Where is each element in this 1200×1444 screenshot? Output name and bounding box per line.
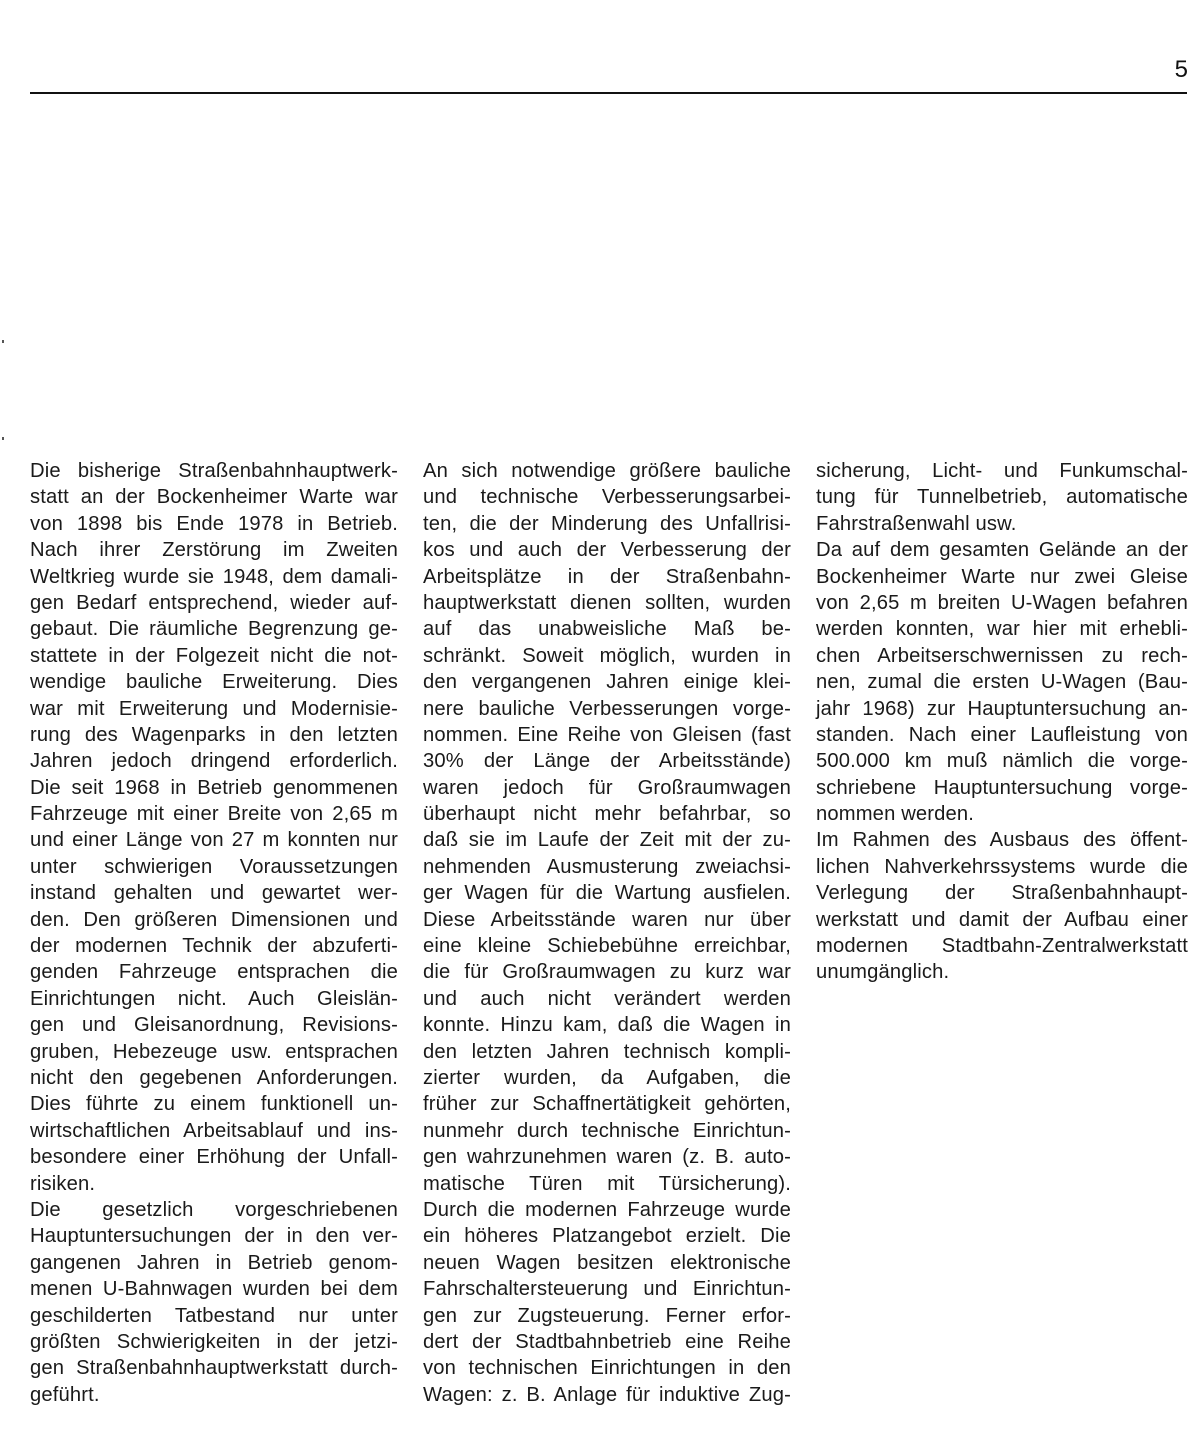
text-column-3: sicherung, Licht- und Funkumschal-tung f… <box>816 458 1188 986</box>
text-line: gen Bedarf entsprechend, wieder auf- <box>30 590 398 616</box>
scan-mark <box>2 437 4 440</box>
text-line: größten Schwierigkeiten in der jetzi- <box>30 1329 398 1355</box>
text-line: Fahrstraßenwahl usw. <box>816 511 1188 537</box>
text-line: sicherung, Licht- und Funkumschal- <box>816 458 1188 484</box>
text-line: chen Arbeitserschwernissen zu rech- <box>816 643 1188 669</box>
text-line: hauptwerkstatt dienen sollten, wurden <box>423 590 791 616</box>
text-line: ten, die der Minderung des Unfallrisi- <box>423 511 791 537</box>
text-line: Im Rahmen des Ausbaus des öffent- <box>816 827 1188 853</box>
text-line: den. Den größeren Dimensionen und <box>30 907 398 933</box>
text-line: jahr 1968) zur Hauptuntersuchung an- <box>816 696 1188 722</box>
text-line: geschilderten Tatbestand nur unter <box>30 1303 398 1329</box>
text-line: nehmenden Ausmusterung zweiachsi- <box>423 854 791 880</box>
text-line: die für Großraumwagen zu kurz war <box>423 959 791 985</box>
text-line: gen wahrzunehmen waren (z. B. auto- <box>423 1144 791 1170</box>
text-line: gen zur Zugsteuerung. Ferner erfor- <box>423 1303 791 1329</box>
text-line: Wagen: z. B. Anlage für induktive Zug- <box>423 1382 791 1408</box>
text-line: Einrichtungen nicht. Auch Gleislän- <box>30 986 398 1012</box>
text-line: tung für Tunnelbetrieb, automatische <box>816 484 1188 510</box>
text-line: menen U-Bahnwagen wurden bei dem <box>30 1276 398 1302</box>
text-line: auf das unabweisliche Maß be- <box>423 616 791 642</box>
text-line: lichen Nahverkehrssystems wurde die <box>816 854 1188 880</box>
text-line: gangenen Jahren in Betrieb genom- <box>30 1250 398 1276</box>
text-line: 500.000 km muß nämlich die vorge- <box>816 748 1188 774</box>
text-line: schränkt. Soweit möglich, wurden in <box>423 643 791 669</box>
text-line: gruben, Hebezeuge usw. entsprachen <box>30 1039 398 1065</box>
text-line: der modernen Technik der abzuferti- <box>30 933 398 959</box>
text-line: Nach ihrer Zerstörung im Zweiten <box>30 537 398 563</box>
text-column-1: Die bisherige Straßenbahnhauptwerk-statt… <box>30 458 398 1408</box>
text-line: den vergangenen Jahren einige klei- <box>423 669 791 695</box>
text-line: und technische Verbesserungsarbei- <box>423 484 791 510</box>
scan-mark <box>2 340 4 343</box>
text-line: Hauptuntersuchungen der in den ver- <box>30 1223 398 1249</box>
text-line: werden konnten, war hier mit erhebli- <box>816 616 1188 642</box>
header-rule <box>30 92 1187 94</box>
text-column-2: An sich notwendige größere baulicheund t… <box>423 458 791 1408</box>
text-line: gen und Gleisanordnung, Revisions- <box>30 1012 398 1038</box>
text-line: gebaut. Die räumliche Begrenzung ge- <box>30 616 398 642</box>
text-line: rung des Wagenparks in den letzten <box>30 722 398 748</box>
page-number: 5 <box>1128 56 1188 84</box>
text-line: geführt. <box>30 1382 398 1408</box>
text-line: schriebene Hauptuntersuchung vorge- <box>816 775 1188 801</box>
text-line: früher zur Schaffnertätigkeit gehörten, <box>423 1091 791 1117</box>
text-line: risiken. <box>30 1171 398 1197</box>
text-line: stattete in der Folgezeit nicht die not- <box>30 643 398 669</box>
text-line: überhaupt nicht mehr befahrbar, so <box>423 801 791 827</box>
text-line: besondere einer Erhöhung der Unfall- <box>30 1144 398 1170</box>
text-line: Jahren jedoch dringend erforderlich. <box>30 748 398 774</box>
text-line: von 1898 bis Ende 1978 in Betrieb. <box>30 511 398 537</box>
text-line: waren jedoch für Großraumwagen <box>423 775 791 801</box>
text-line: Die seit 1968 in Betrieb genommenen <box>30 775 398 801</box>
text-line: wirtschaftlichen Arbeitsablauf und ins- <box>30 1118 398 1144</box>
text-line: wendige bauliche Erweiterung. Dies <box>30 669 398 695</box>
text-line: Fahrschaltersteuerung und Einrichtun- <box>423 1276 791 1302</box>
text-line: und einer Länge von 27 m konnten nur <box>30 827 398 853</box>
text-line: und auch nicht verändert werden <box>423 986 791 1012</box>
text-line: nunmehr durch technische Einrichtun- <box>423 1118 791 1144</box>
text-line: dert der Stadtbahnbetrieb eine Reihe <box>423 1329 791 1355</box>
text-line: nen, zumal die ersten U-Wagen (Bau- <box>816 669 1188 695</box>
text-line: nommen werden. <box>816 801 1188 827</box>
text-line: modernen Stadtbahn-Zentralwerkstatt <box>816 933 1188 959</box>
text-line: Da auf dem gesamten Gelände an der <box>816 537 1188 563</box>
text-line: Verlegung der Straßenbahnhaupt- <box>816 880 1188 906</box>
text-line: statt an der Bockenheimer Warte war <box>30 484 398 510</box>
text-line: Durch die modernen Fahrzeuge wurde <box>423 1197 791 1223</box>
text-line: nere bauliche Verbesserungen vorge- <box>423 696 791 722</box>
text-line: Bockenheimer Warte nur zwei Gleise <box>816 564 1188 590</box>
text-line: neuen Wagen besitzen elektronische <box>423 1250 791 1276</box>
text-line: genden Fahrzeuge entsprachen die <box>30 959 398 985</box>
text-line: werkstatt und damit der Aufbau einer <box>816 907 1188 933</box>
text-line: 30% der Länge der Arbeitsstände) <box>423 748 791 774</box>
text-line: Weltkrieg wurde sie 1948, dem damali- <box>30 564 398 590</box>
text-line: Arbeitsplätze in der Straßenbahn- <box>423 564 791 590</box>
text-line: gen Straßenbahnhauptwerkstatt durch- <box>30 1355 398 1381</box>
text-line: unumgänglich. <box>816 959 1188 985</box>
text-line: Dies führte zu einem funktionell un- <box>30 1091 398 1117</box>
text-line: nicht den gegebenen Anforderungen. <box>30 1065 398 1091</box>
text-line: konnte. Hinzu kam, daß die Wagen in <box>423 1012 791 1038</box>
text-line: unter schwierigen Voraussetzungen <box>30 854 398 880</box>
text-line: von 2,65 m breiten U-Wagen befahren <box>816 590 1188 616</box>
text-line: den letzten Jahren technisch kompli- <box>423 1039 791 1065</box>
text-line: nommen. Eine Reihe von Gleisen (fast <box>423 722 791 748</box>
text-line: ein höheres Platzangebot erzielt. Die <box>423 1223 791 1249</box>
text-line: instand gehalten und gewartet wer- <box>30 880 398 906</box>
text-line: matische Türen mit Türsicherung). <box>423 1171 791 1197</box>
text-line: zierter wurden, da Aufgaben, die <box>423 1065 791 1091</box>
text-line: An sich notwendige größere bauliche <box>423 458 791 484</box>
text-line: eine kleine Schiebebühne erreichbar, <box>423 933 791 959</box>
text-line: von technischen Einrichtungen in den <box>423 1355 791 1381</box>
text-line: standen. Nach einer Laufleistung von <box>816 722 1188 748</box>
text-line: kos und auch der Verbesserung der <box>423 537 791 563</box>
text-line: Fahrzeuge mit einer Breite von 2,65 m <box>30 801 398 827</box>
text-line: Die bisherige Straßenbahnhauptwerk- <box>30 458 398 484</box>
text-line: war mit Erweiterung und Modernisie- <box>30 696 398 722</box>
text-line: Die gesetzlich vorgeschriebenen <box>30 1197 398 1223</box>
text-line: daß sie im Laufe der Zeit mit der zu- <box>423 827 791 853</box>
text-line: ger Wagen für die Wartung ausfielen. <box>423 880 791 906</box>
text-line: Diese Arbeitsstände waren nur über <box>423 907 791 933</box>
